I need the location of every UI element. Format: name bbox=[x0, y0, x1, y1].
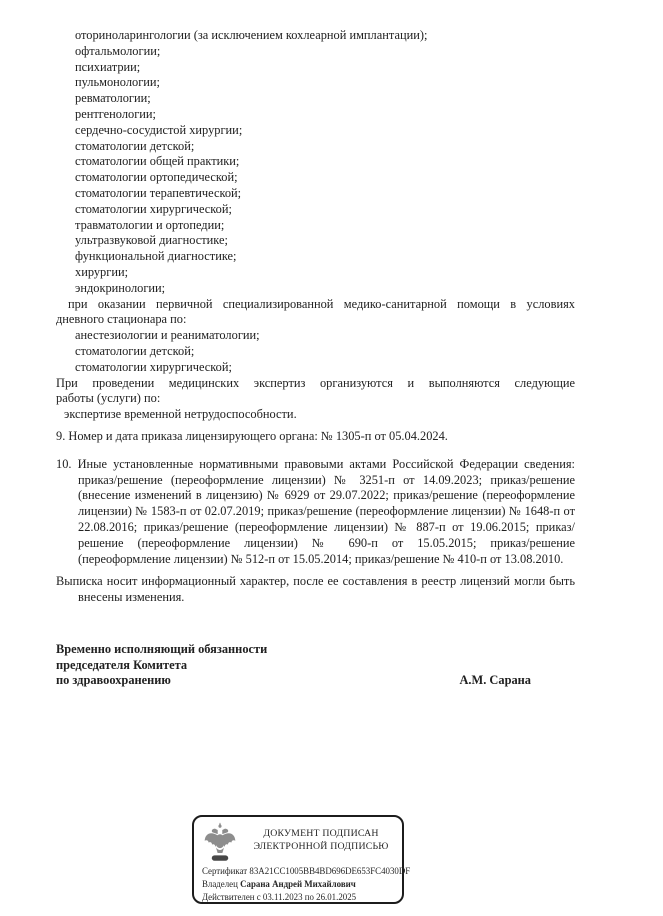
owner-label: Владелец bbox=[202, 879, 238, 889]
signer-title-line: по здравоохранению bbox=[56, 673, 171, 689]
specialty-item: стоматологии терапевтической; bbox=[56, 186, 575, 202]
specialty-item: пульмонологии; bbox=[56, 75, 575, 91]
signer-title-line: председателя Комитета bbox=[56, 658, 575, 674]
electronic-signature-stamp: ДОКУМЕНТ ПОДПИСАН ЭЛЕКТРОННОЙ ПОДПИСЬЮ С… bbox=[192, 815, 404, 904]
specialty-item: стоматологии детской; bbox=[56, 139, 575, 155]
specialties-list: оториноларингологии (за исключением кохл… bbox=[56, 28, 575, 297]
expertise-paragraph: При проведении медицинских экспертиз орг… bbox=[56, 376, 575, 408]
license-extract-page: { "colors": { "page_bg": "#ffffff", "tex… bbox=[0, 0, 663, 916]
certificate-line: Сертификат 83A21CC1005BB4BD696DE653FC403… bbox=[202, 865, 396, 878]
stamp-title-line: ДОКУМЕНТ ПОДПИСАН bbox=[246, 828, 396, 841]
specialty-item: стоматологии хирургической; bbox=[56, 202, 575, 218]
expertise-list: экспертизе временной нетрудоспособности. bbox=[56, 407, 575, 423]
specialty-item: оториноларингологии (за исключением кохл… bbox=[56, 28, 575, 44]
signer-title-line: Временно исполняющий обязанности bbox=[56, 642, 575, 658]
specialty-item: эндокринологии; bbox=[56, 281, 575, 297]
paragraph-line: При проведении медицинских экспертиз орг… bbox=[56, 376, 575, 392]
item-9-order-number: 9. Номер и дата приказа лицензирующего о… bbox=[56, 429, 575, 445]
specialty-item: анестезиологии и реаниматологии; bbox=[56, 328, 575, 344]
stamp-title: ДОКУМЕНТ ПОДПИСАН ЭЛЕКТРОННОЙ ПОДПИСЬЮ bbox=[246, 828, 396, 853]
specialty-item: стоматологии ортопедической; bbox=[56, 170, 575, 186]
signer-title-row: по здравоохранению А.М. Сарана bbox=[56, 673, 575, 689]
specialty-item: ревматологии; bbox=[56, 91, 575, 107]
paragraph-line: при оказании первичной специализированно… bbox=[56, 297, 575, 313]
specialty-item: стоматологии хирургической; bbox=[56, 360, 575, 376]
owner-line: Владелец Сарана Андрей Михайлович bbox=[202, 878, 396, 891]
certificate-label: Сертификат bbox=[202, 866, 247, 876]
specialty-item: травматологии и ортопедии; bbox=[56, 218, 575, 234]
certificate-value: 83A21CC1005BB4BD696DE653FC4030DF bbox=[249, 866, 410, 876]
stamp-details: Сертификат 83A21CC1005BB4BD696DE653FC403… bbox=[202, 865, 396, 904]
day-hospital-list: анестезиологии и реаниматологии; стомато… bbox=[56, 328, 575, 375]
double-headed-eagle-icon bbox=[202, 822, 238, 864]
specialty-item: стоматологии детской; bbox=[56, 344, 575, 360]
specialty-item: рентгенологии; bbox=[56, 107, 575, 123]
document-body: оториноларингологии (за исключением кохл… bbox=[56, 0, 575, 904]
specialty-item: стоматологии общей практики; bbox=[56, 154, 575, 170]
specialty-item: офтальмологии; bbox=[56, 44, 575, 60]
owner-name: Сарана Андрей Михайлович bbox=[240, 879, 356, 889]
specialty-item: сердечно-сосудистой хирургии; bbox=[56, 123, 575, 139]
expertise-item: экспертизе временной нетрудоспособности. bbox=[56, 407, 575, 423]
stamp-title-line: ЭЛЕКТРОННОЙ ПОДПИСЬЮ bbox=[246, 841, 396, 854]
specialty-item: ультразвуковой диагностике; bbox=[56, 233, 575, 249]
specialty-item: функциональной диагностике; bbox=[56, 249, 575, 265]
specialty-item: психиатрии; bbox=[56, 60, 575, 76]
item-10-other-info: 10. Иные установленные нормативными прав… bbox=[56, 457, 575, 568]
signer-name: А.М. Сарана bbox=[459, 673, 531, 689]
disclaimer-paragraph: Выписка носит информационный характер, п… bbox=[56, 574, 575, 606]
validity-line: Действителен с 03.11.2023 по 26.01.2025 bbox=[202, 891, 396, 904]
day-hospital-paragraph: при оказании первичной специализированно… bbox=[56, 297, 575, 329]
specialty-item: хирургии; bbox=[56, 265, 575, 281]
signature-block: Временно исполняющий обязанности председ… bbox=[56, 642, 575, 689]
paragraph-line: работы (услуги) по: bbox=[56, 391, 575, 407]
paragraph-line: дневного стационара по: bbox=[56, 312, 575, 328]
